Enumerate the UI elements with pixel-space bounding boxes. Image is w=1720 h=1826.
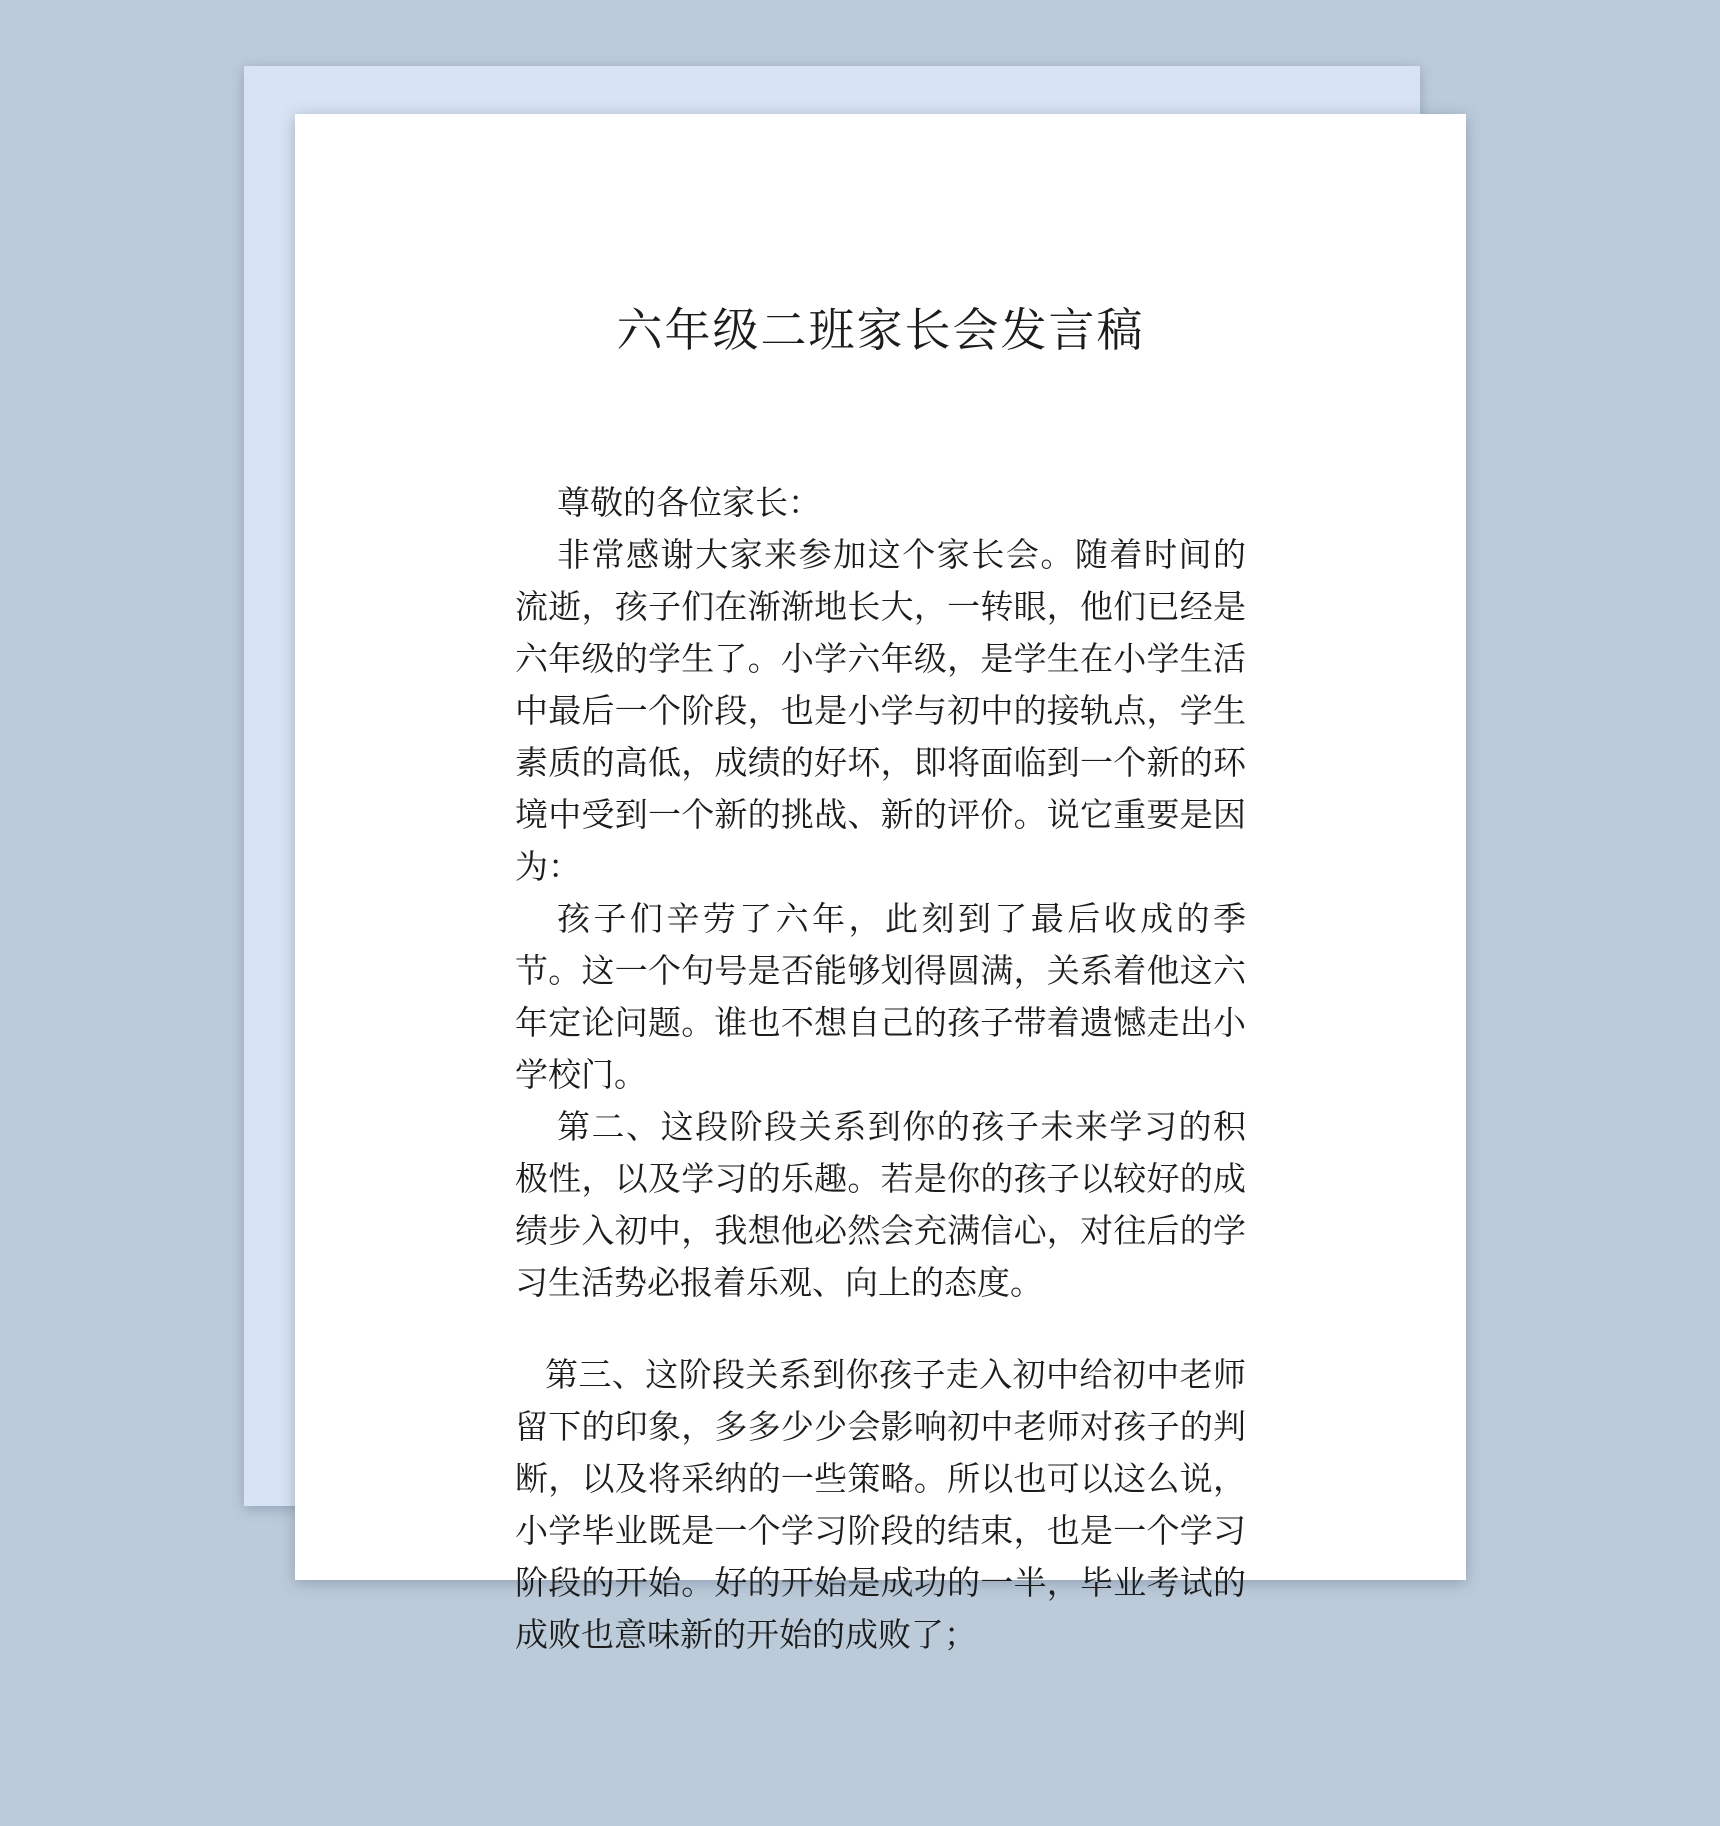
- paragraph-1: 非常感谢大家来参加这个家长会。随着时间的流逝，孩子们在渐渐地长大，一转眼，他们已…: [515, 530, 1246, 894]
- salutation: 尊敬的各位家长：: [515, 478, 1246, 530]
- paragraph-3: 第二、这段阶段关系到你的孩子未来学习的积极性，以及学习的乐趣。若是你的孩子以较好…: [515, 1102, 1246, 1310]
- document-title: 六年级二班家长会发言稿: [295, 294, 1466, 360]
- document-preview: 六年级二班家长会发言稿 尊敬的各位家长： 非常感谢大家来参加这个家长会。随着时间…: [0, 0, 1720, 1826]
- document-body: 尊敬的各位家长： 非常感谢大家来参加这个家长会。随着时间的流逝，孩子们在渐渐地长…: [295, 478, 1466, 1662]
- paragraph-2: 孩子们辛劳了六年，此刻到了最后收成的季节。这一个句号是否能够划得圆满，关系着他这…: [515, 894, 1246, 1102]
- front-page: 六年级二班家长会发言稿 尊敬的各位家长： 非常感谢大家来参加这个家长会。随着时间…: [295, 114, 1466, 1580]
- paragraph-4: 第三、这阶段关系到你孩子走入初中给初中老师留下的印象，多多少少会影响初中老师对孩…: [515, 1350, 1246, 1662]
